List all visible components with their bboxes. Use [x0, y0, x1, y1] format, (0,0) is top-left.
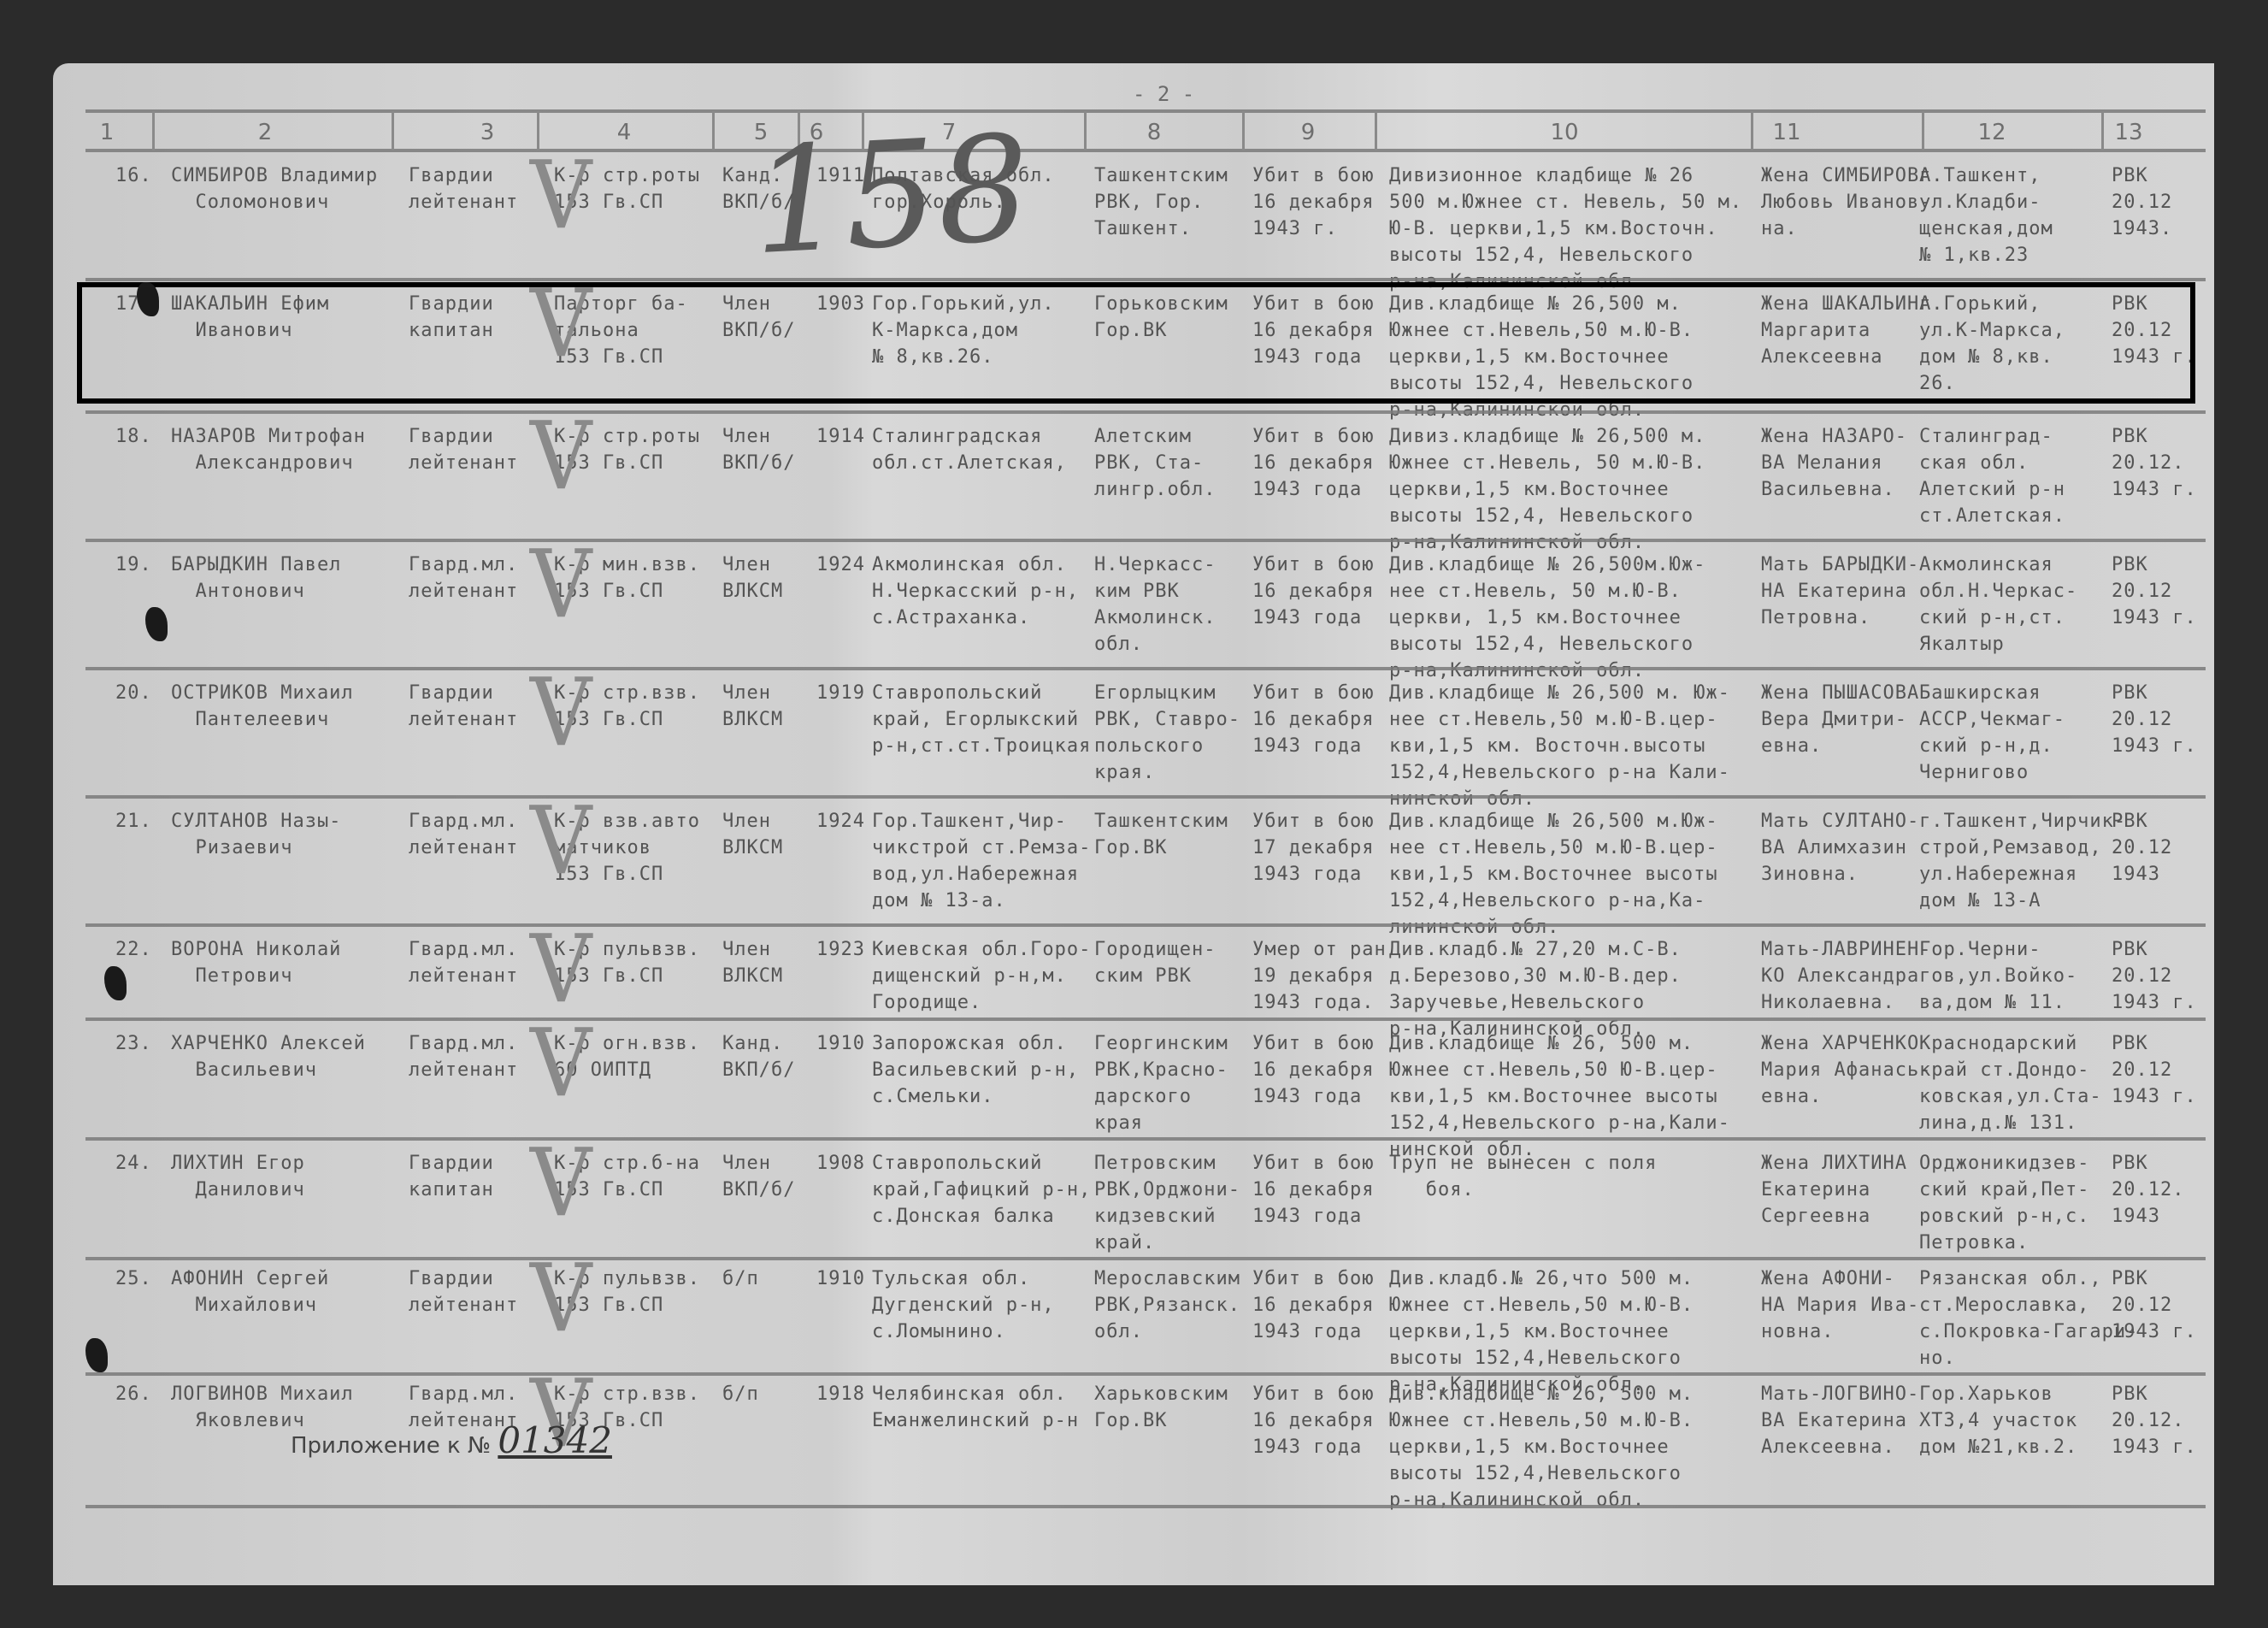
cell-num: 22.	[115, 936, 152, 963]
cell-drafted: Мерославским РВК,Рязанск. обл.	[1094, 1265, 1240, 1345]
cell-rank: Гвардии лейтенант	[409, 680, 518, 733]
cell-burial: Див.кладбище № 26,500м.Юж- нее ст.Невель…	[1389, 552, 1705, 684]
cell-party: Член ВЛКСМ	[722, 936, 783, 989]
cell-rank: Гвардии капитан	[409, 1150, 494, 1203]
column-divider	[1375, 111, 1377, 150]
row-separator	[85, 278, 2206, 281]
cell-relative: Мать-ЛАВРИНЕН- КО Александра Николаевна.	[1761, 936, 1931, 1016]
cell-num: 25.	[115, 1265, 152, 1292]
cell-num: 24.	[115, 1150, 152, 1177]
cell-party: Член ВЛКСМ	[722, 680, 783, 733]
cell-burial: Див.кладбище № 26,500 м. Юж- нее ст.Неве…	[1389, 680, 1730, 812]
cell-party: Член ВЛКСМ	[722, 552, 783, 605]
cell-year: 1924	[816, 808, 865, 835]
cell-relative: Мать БАРЫДКИ- НА Екатерина Петровна.	[1761, 552, 1919, 631]
column-number: 3	[462, 120, 513, 145]
cell-party: Канд. ВКП/б/	[722, 162, 795, 215]
column-divider	[2101, 111, 2104, 150]
cell-num: 26.	[115, 1381, 152, 1407]
column-number: 4	[598, 120, 650, 145]
cell-name: СУЛТАНОВ Назы- Ризаевич	[171, 808, 341, 861]
cell-fate: Убит в бою 17 декабря 1943 года	[1252, 808, 1374, 888]
cell-relative: Жена АФОНИ- НА Мария Ива- новна.	[1761, 1265, 1919, 1345]
cell-rank: Гвард.мл. лейтенант	[409, 1030, 518, 1083]
cell-address: Рязанская обл., ст.Мерославка, с.Покровк…	[1919, 1265, 2138, 1371]
cell-fate: Убит в бою 16 декабря 1943 года	[1252, 1150, 1374, 1230]
cell-remark: РВК 20.12. 1943 г.	[2112, 423, 2197, 503]
cell-party: б/п	[722, 1381, 759, 1407]
column-number: 9	[1282, 120, 1334, 145]
cell-year: 1923	[816, 936, 865, 963]
cell-fate: Убит в бою 16 декабря 1943 года	[1252, 423, 1374, 503]
cell-party: Канд. ВКП/б/	[722, 1030, 795, 1083]
cell-drafted: Алетским РВК, Ста- лингр.обл.	[1094, 423, 1216, 503]
cell-drafted: Ташкентским РВК, Гор. Ташкент.	[1094, 162, 1228, 242]
footer-label: Приложение к №	[291, 1433, 491, 1459]
cell-fate: Убит в бою 16 декабря 1943 года	[1252, 1030, 1374, 1110]
cell-year: 1911	[816, 162, 865, 189]
cell-num: 21.	[115, 808, 152, 835]
column-number: 12	[1966, 120, 2018, 145]
cell-address: Акмолинская обл.Н.Черкас- ский р-н,ст. Я…	[1919, 552, 2077, 658]
column-number: 1	[81, 120, 133, 145]
cell-birthplace: Ставропольский край, Егорлыкский р-н,ст.…	[872, 680, 1091, 759]
cell-remark: РВК 20.12. 1943	[2112, 1150, 2184, 1230]
cell-party: б/п	[722, 1265, 759, 1292]
pencil-check-mark: V	[530, 1243, 592, 1354]
cell-rank: Гвард.мл. лейтенант	[409, 808, 518, 861]
cell-remark: РВК 20.12 1943 г.	[2112, 1265, 2197, 1345]
cell-name: ХАРЧЕНКО Алексей Васильевич	[171, 1030, 366, 1083]
highlighted-row-frame	[77, 282, 2195, 404]
row-separator	[85, 795, 2206, 799]
cell-birthplace: Тульская обл. Дугденский р-н, с.Ломынино…	[872, 1265, 1055, 1345]
pencil-check-mark: V	[530, 140, 592, 251]
column-divider	[392, 111, 394, 150]
cell-name: ВОРОНА Николай Петрович	[171, 936, 341, 989]
cell-address: Сталинград- ская обл. Алетский р-н ст.Ал…	[1919, 423, 2065, 529]
cell-rank: Гвардии лейтенант	[409, 162, 518, 215]
cell-relative: Мать-ЛОГВИНО- ВА Екатерина Алексеевна.	[1761, 1381, 1919, 1460]
cell-name: НАЗАРОВ Митрофан Александрович	[171, 423, 366, 476]
cell-relative: Жена ПЫШАСОВА Вера Дмитри- евна.	[1761, 680, 1919, 759]
footer-number: 01342	[498, 1419, 612, 1461]
cell-address: г.Ташкент,Чирчик- строй,Ремзавод, ул.Наб…	[1919, 808, 2126, 914]
column-number: 13	[2103, 120, 2154, 145]
pencil-check-mark: V	[530, 529, 592, 640]
cell-burial: Див.кладб.№ 27,20 м.С-В. д.Березово,30 м…	[1389, 936, 1682, 1042]
cell-burial: Див.кладбище № 26,500 м.Юж- нее ст.Невел…	[1389, 808, 1718, 941]
cell-name: СИМБИРОВ Владимир Соломонович	[171, 162, 378, 215]
cell-birthplace: Сталинградская обл.ст.Алетская,	[872, 423, 1067, 476]
cell-remark: РВК 20.12 1943.	[2112, 162, 2172, 242]
cell-remark: РВК 20.12 1943 г.	[2112, 936, 2197, 1016]
cell-remark: РВК 20.12 1943 г.	[2112, 680, 2197, 759]
row-separator	[85, 1505, 2206, 1508]
cell-address: Гор.Харьков ХТЗ,4 участок дом №21,кв.2.	[1919, 1381, 2077, 1460]
page-number: - 2 -	[1133, 82, 1194, 106]
cell-drafted: Петровским РВК,Орджони- кидзевский край.	[1094, 1150, 1240, 1256]
pencil-check-mark: V	[530, 401, 592, 511]
cell-burial: Труп не вынесен с поля боя.	[1389, 1150, 1657, 1203]
column-divider	[1084, 111, 1087, 150]
cell-burial: Дивиз.кладбище № 26,500 м. Южнее ст.Неве…	[1389, 423, 1705, 556]
cell-fate: Убит в бою 16 декабря 1943 года	[1252, 1381, 1374, 1460]
cell-party: Член ВЛКСМ	[722, 808, 783, 861]
column-number: 11	[1761, 120, 1812, 145]
cell-birthplace: Гор.Ташкент,Чир- чикстрой ст.Ремза- вод,…	[872, 808, 1091, 914]
column-divider	[1751, 111, 1753, 150]
cell-relative: Жена НАЗАРО- ВА Мелания Васильевна.	[1761, 423, 1907, 503]
cell-birthplace: Полтавская обл. гор.Хороль.	[872, 162, 1055, 215]
cell-drafted: Георгинским РВК,Красно- дарского края	[1094, 1030, 1228, 1136]
cell-fate: Умер от ран 19 декабря 1943 года.	[1252, 936, 1387, 1016]
cell-year: 1914	[816, 423, 865, 450]
cell-address: Орджоникидзев- ский край,Пет- ровский р-…	[1919, 1150, 2089, 1256]
row-separator	[85, 923, 2206, 927]
cell-year: 1908	[816, 1150, 865, 1177]
cell-remark: РВК 20.12. 1943 г.	[2112, 1381, 2197, 1460]
column-divider	[712, 111, 715, 150]
cell-year: 1924	[816, 552, 865, 578]
footer-annex: Приложение к № 01342	[291, 1419, 612, 1461]
cell-burial: Див.кладбище № 26, 500 м. Южнее ст.Невел…	[1389, 1030, 1730, 1163]
header-bottom-rule	[85, 149, 2206, 152]
cell-birthplace: Запорожская обл. Васильевский р-н, с.Сме…	[872, 1030, 1079, 1110]
row-separator	[85, 1372, 2206, 1376]
cell-drafted: Городищен- ским РВК	[1094, 936, 1216, 989]
column-number: 8	[1128, 120, 1180, 145]
cell-address: г.Ташкент, ул.Кладби- щенская,дом № 1,кв…	[1919, 162, 2053, 268]
cell-remark: РВК 20.12 1943 г.	[2112, 1030, 2197, 1110]
cell-relative: Жена ЛИХТИНА Екатерина Сергеевна	[1761, 1150, 1907, 1230]
cell-rank: Гвардии лейтенант	[409, 423, 518, 476]
row-separator	[85, 1257, 2206, 1260]
pencil-check-mark: V	[530, 1128, 592, 1238]
cell-name: БАРЫДКИН Павел Антонович	[171, 552, 341, 605]
cell-name: ОСТРИКОВ Михаил Пантелеевич	[171, 680, 354, 733]
cell-year: 1919	[816, 680, 865, 706]
cell-address: Краснодарский край ст.Дондо- ковская,ул.…	[1919, 1030, 2102, 1136]
row-separator	[85, 539, 2206, 542]
cell-year: 1910	[816, 1030, 865, 1057]
cell-num: 18.	[115, 423, 152, 450]
column-divider	[1242, 111, 1245, 150]
cell-drafted: Харьковским Гор.ВК	[1094, 1381, 1228, 1434]
cell-burial: Див.кладб.№ 26,что 500 м. Южнее ст.Невел…	[1389, 1265, 1694, 1398]
cell-birthplace: Челябинская обл. Еманжелинский р-н	[872, 1381, 1079, 1434]
row-separator	[85, 1137, 2206, 1141]
column-number: 2	[239, 120, 291, 145]
pencil-check-mark: V	[530, 786, 592, 896]
row-separator	[85, 667, 2206, 670]
cell-fate: Убит в бою 16 декабря 1943 года	[1252, 680, 1374, 759]
cell-burial: Див.кладбище № 26, 500 м. Южнее ст.Невел…	[1389, 1381, 1694, 1513]
cell-year: 1910	[816, 1265, 865, 1292]
cell-drafted: Ташкентским Гор.ВК	[1094, 808, 1228, 861]
cell-fate: Убит в бою 16 декабря 1943 года	[1252, 552, 1374, 631]
pencil-check-mark: V	[530, 658, 592, 768]
cell-num: 19.	[115, 552, 152, 578]
pencil-check-mark: V	[530, 1008, 592, 1118]
cell-drafted: Егорлыцким РВК, Ставро- польского края.	[1094, 680, 1240, 786]
cell-birthplace: Ставропольский край,Гафицкий р-н, с.Донс…	[872, 1150, 1091, 1230]
column-number: 10	[1539, 120, 1590, 145]
cell-relative: Жена ХАРЧЕНКО Мария Афанась- евна.	[1761, 1030, 1931, 1110]
cell-num: 23.	[115, 1030, 152, 1057]
cell-num: 16.	[115, 162, 152, 189]
cell-name: АФОНИН Сергей Михайлович	[171, 1265, 329, 1318]
cell-burial: Дивизионное кладбище № 26 500 м.Южнее ст…	[1389, 162, 1742, 295]
cell-birthplace: Киевская обл.Горо- дищенский р-н,м. Горо…	[872, 936, 1091, 1016]
cell-name: ЛИХТИН Егор Данилович	[171, 1150, 305, 1203]
cell-num: 20.	[115, 680, 152, 706]
column-divider	[1922, 111, 1924, 150]
cell-relative: Жена СИМБИРОВА Любовь Иванов- на.	[1761, 162, 1931, 242]
row-separator	[85, 410, 2206, 414]
cell-address: Гор.Черни- гов,ул.Войко- ва,дом № 11.	[1919, 936, 2077, 1016]
row-separator	[85, 1017, 2206, 1021]
cell-remark: РВК 20.12 1943 г.	[2112, 552, 2197, 631]
cell-rank: Гвард.мл. лейтенант	[409, 552, 518, 605]
column-divider	[152, 111, 155, 150]
cell-year: 1918	[816, 1381, 865, 1407]
cell-fate: Убит в бою 16 декабря 1943 года	[1252, 1265, 1374, 1345]
cell-party: Член ВКП/б/	[722, 423, 795, 476]
cell-rank: Гвардии лейтенант	[409, 1265, 518, 1318]
cell-address: Башкирская АССР,Чекмаг- ский р-н,д. Черн…	[1919, 680, 2065, 786]
cell-fate: Убит в бою 16 декабря 1943 г.	[1252, 162, 1374, 242]
cell-birthplace: Акмолинская обл. Н.Черкасский р-н, с.Аст…	[872, 552, 1079, 631]
cell-party: Член ВКП/б/	[722, 1150, 795, 1203]
cell-relative: Мать СУЛТАНО- ВА Алимхазин Зиновна.	[1761, 808, 1919, 888]
cell-drafted: Н.Черкасс- ким РВК Акмолинск. обл.	[1094, 552, 1216, 658]
cell-rank: Гвард.мл. лейтенант	[409, 936, 518, 989]
cell-remark: РВК 20.12 1943	[2112, 808, 2172, 888]
header-top-rule	[85, 109, 2206, 113]
